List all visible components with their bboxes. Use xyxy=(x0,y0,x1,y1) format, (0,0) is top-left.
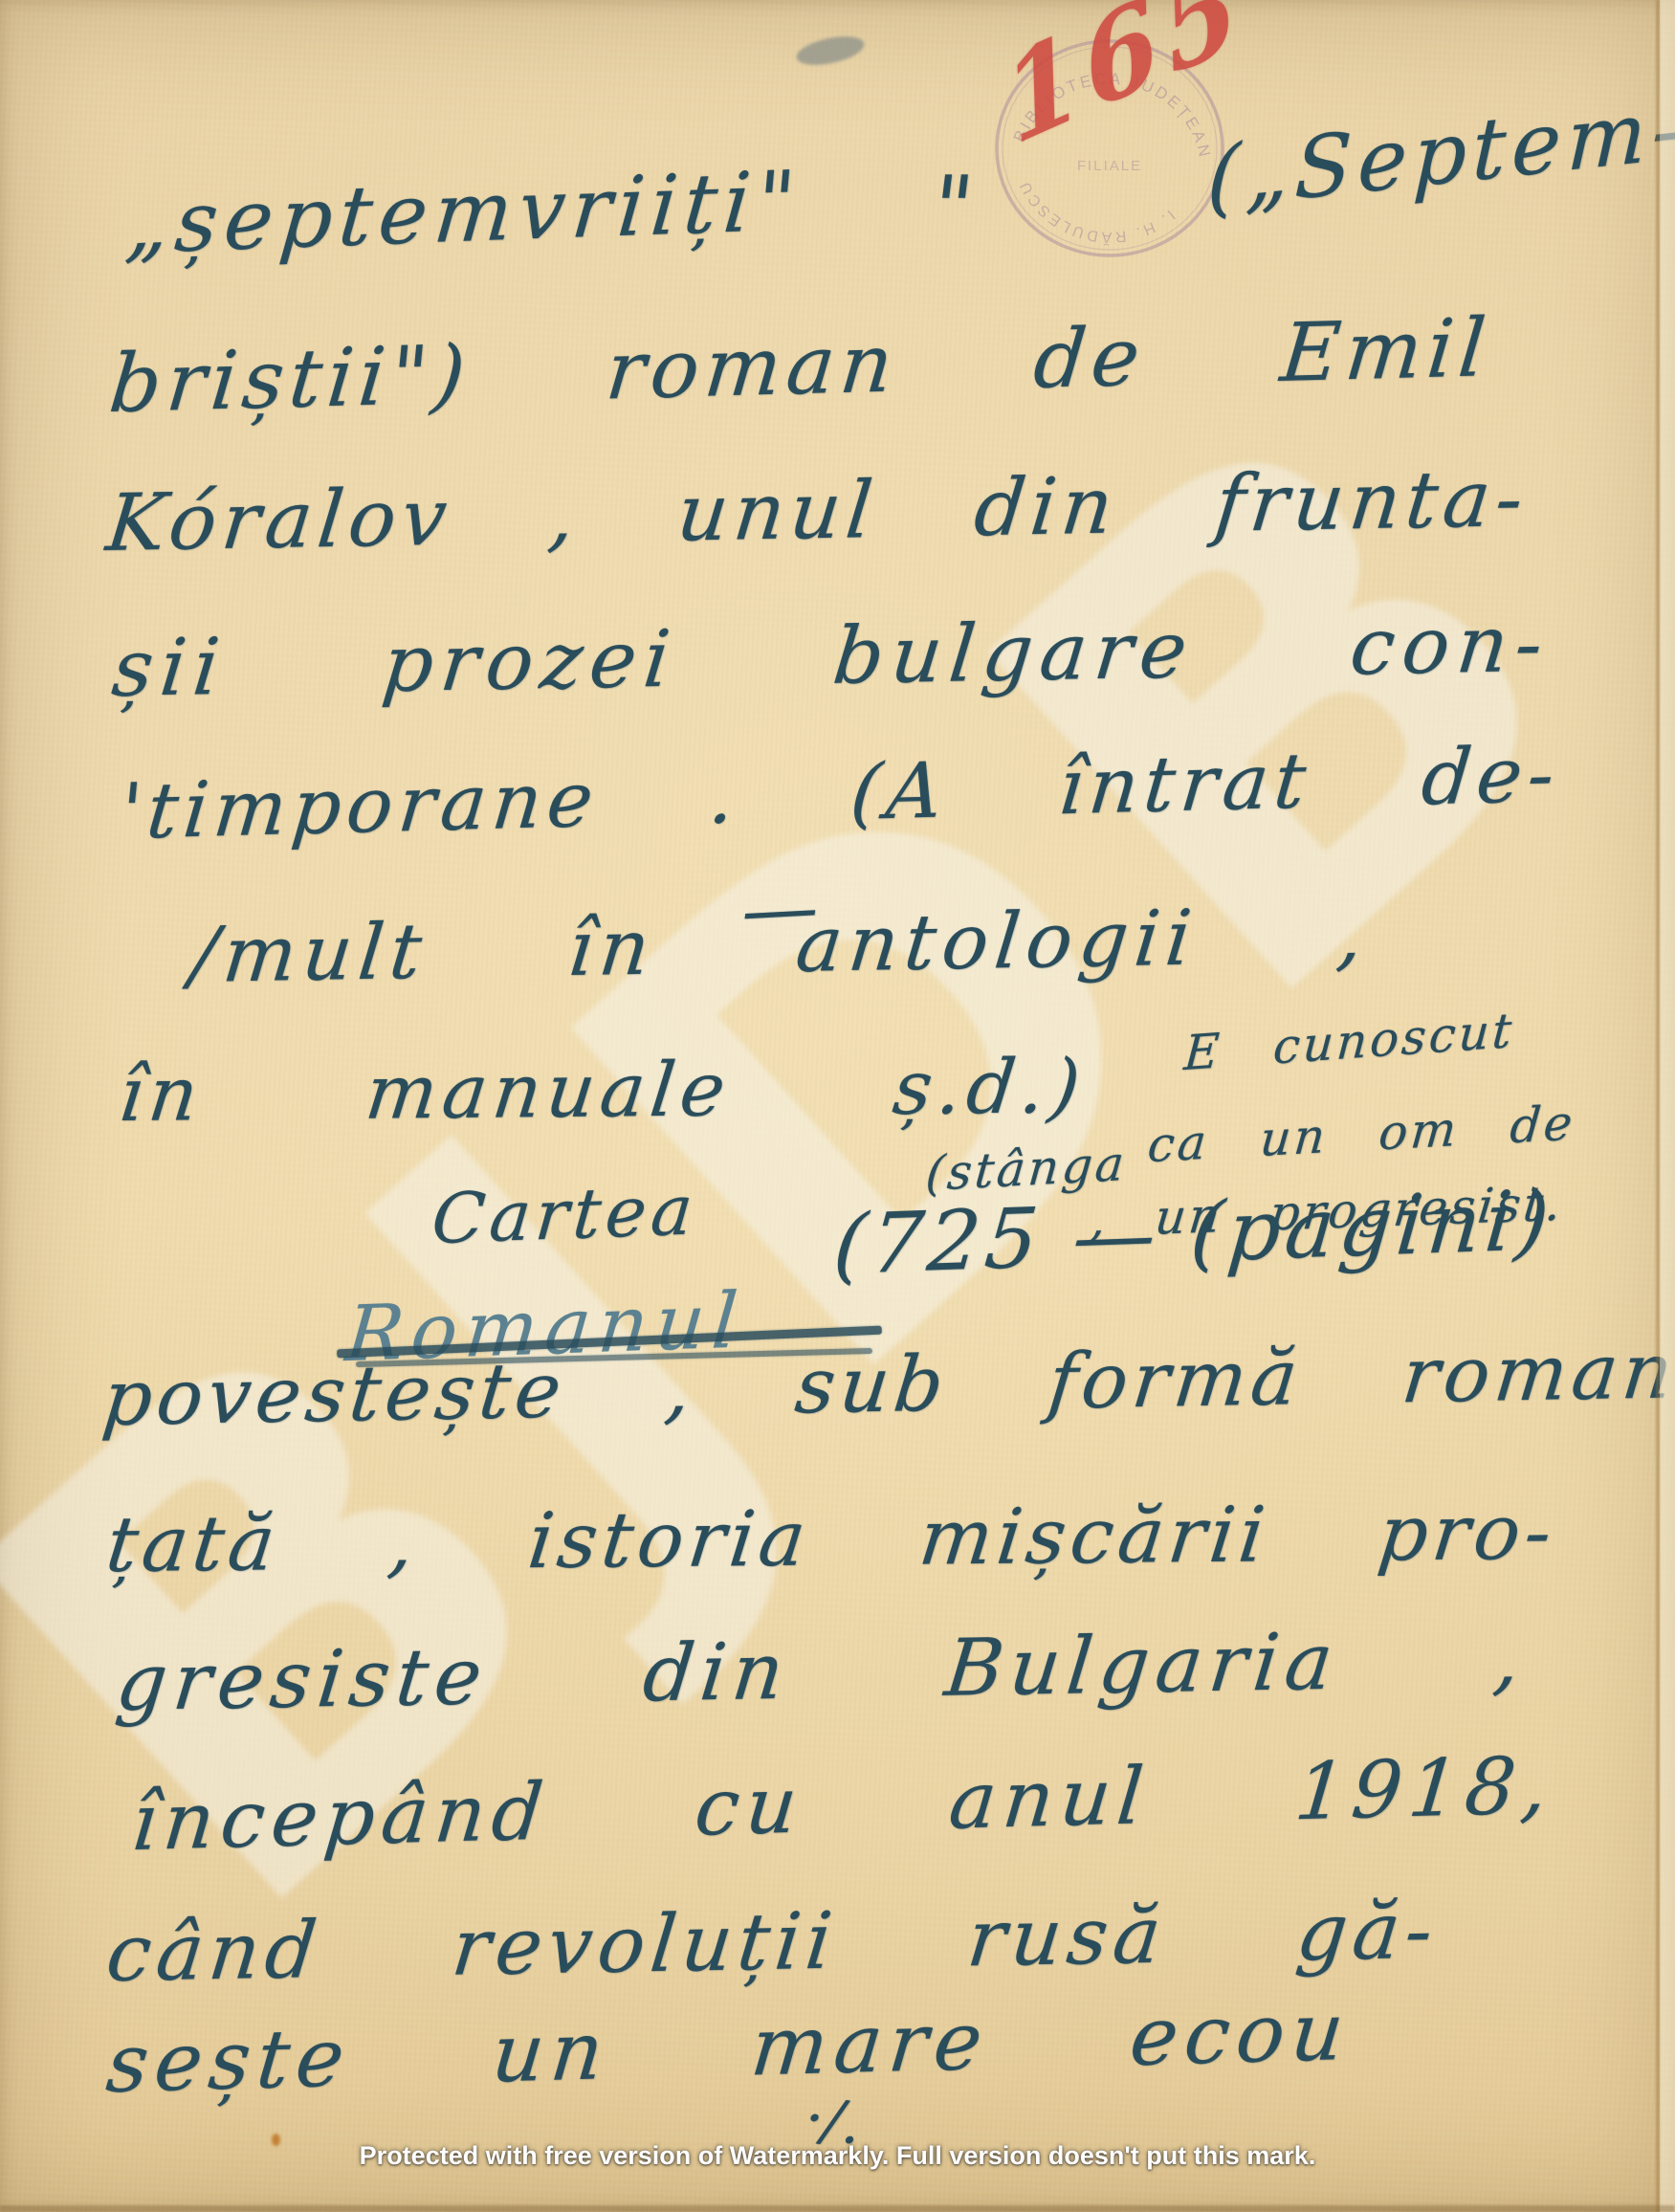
handwriting-line: când revoluții rusă gă- xyxy=(102,1886,1443,2000)
inserted-note-line: ca un om de xyxy=(1145,1095,1577,1173)
paper-edge-bottom xyxy=(0,2205,1675,2212)
stamp-center-text: FILIALE xyxy=(1077,158,1142,174)
paper-edge-line xyxy=(1656,0,1660,2212)
inserted-note-line: E cunoscut xyxy=(1182,1003,1516,1082)
handwriting-line: „șeptemvriiți" xyxy=(122,153,805,273)
handwriting-line: sește un mare ecou xyxy=(102,1984,1355,2111)
correction-word: Cartea xyxy=(429,1169,700,1259)
handwriting-line: șii prozei bulgare con- xyxy=(108,599,1554,715)
handwriting-line: povestește , sub formă roman- xyxy=(99,1326,1675,1443)
ink-smudge xyxy=(794,32,867,70)
handwriting-line: în manuale ș.d.) xyxy=(115,1044,1091,1139)
handwriting-line: Kóralov , unul din frunta- xyxy=(102,453,1532,569)
paper-speck xyxy=(272,2134,280,2146)
handwriting-line: 'timporane . (A întrat de- xyxy=(117,729,1564,856)
manuscript-page: BJDB BIBLIOTECA JUDEȚEANĂ I. H. RĂDULESC… xyxy=(0,0,1675,2212)
handwriting-line: briștii") roman de Emil xyxy=(105,300,1495,431)
handwriting-line: începând cu anul 1918, xyxy=(127,1740,1557,1869)
handwriting-line: gresiste din Bulgaria , xyxy=(112,1613,1532,1729)
handwriting-dash-mark: — xyxy=(739,862,821,955)
paper-edge-highlight xyxy=(1660,0,1675,2212)
stamp-arc-bottom-text: I. H. RĂDULESCU xyxy=(1016,177,1178,247)
handwriting-line: („Septem-- xyxy=(1205,75,1675,228)
handwriting-line: țată , istoria mișcării pro- xyxy=(102,1488,1561,1589)
handwriting-quote-mark: " xyxy=(927,158,979,258)
watermarkly-notice-text: Protected with free version of Watermark… xyxy=(360,2141,1316,2171)
